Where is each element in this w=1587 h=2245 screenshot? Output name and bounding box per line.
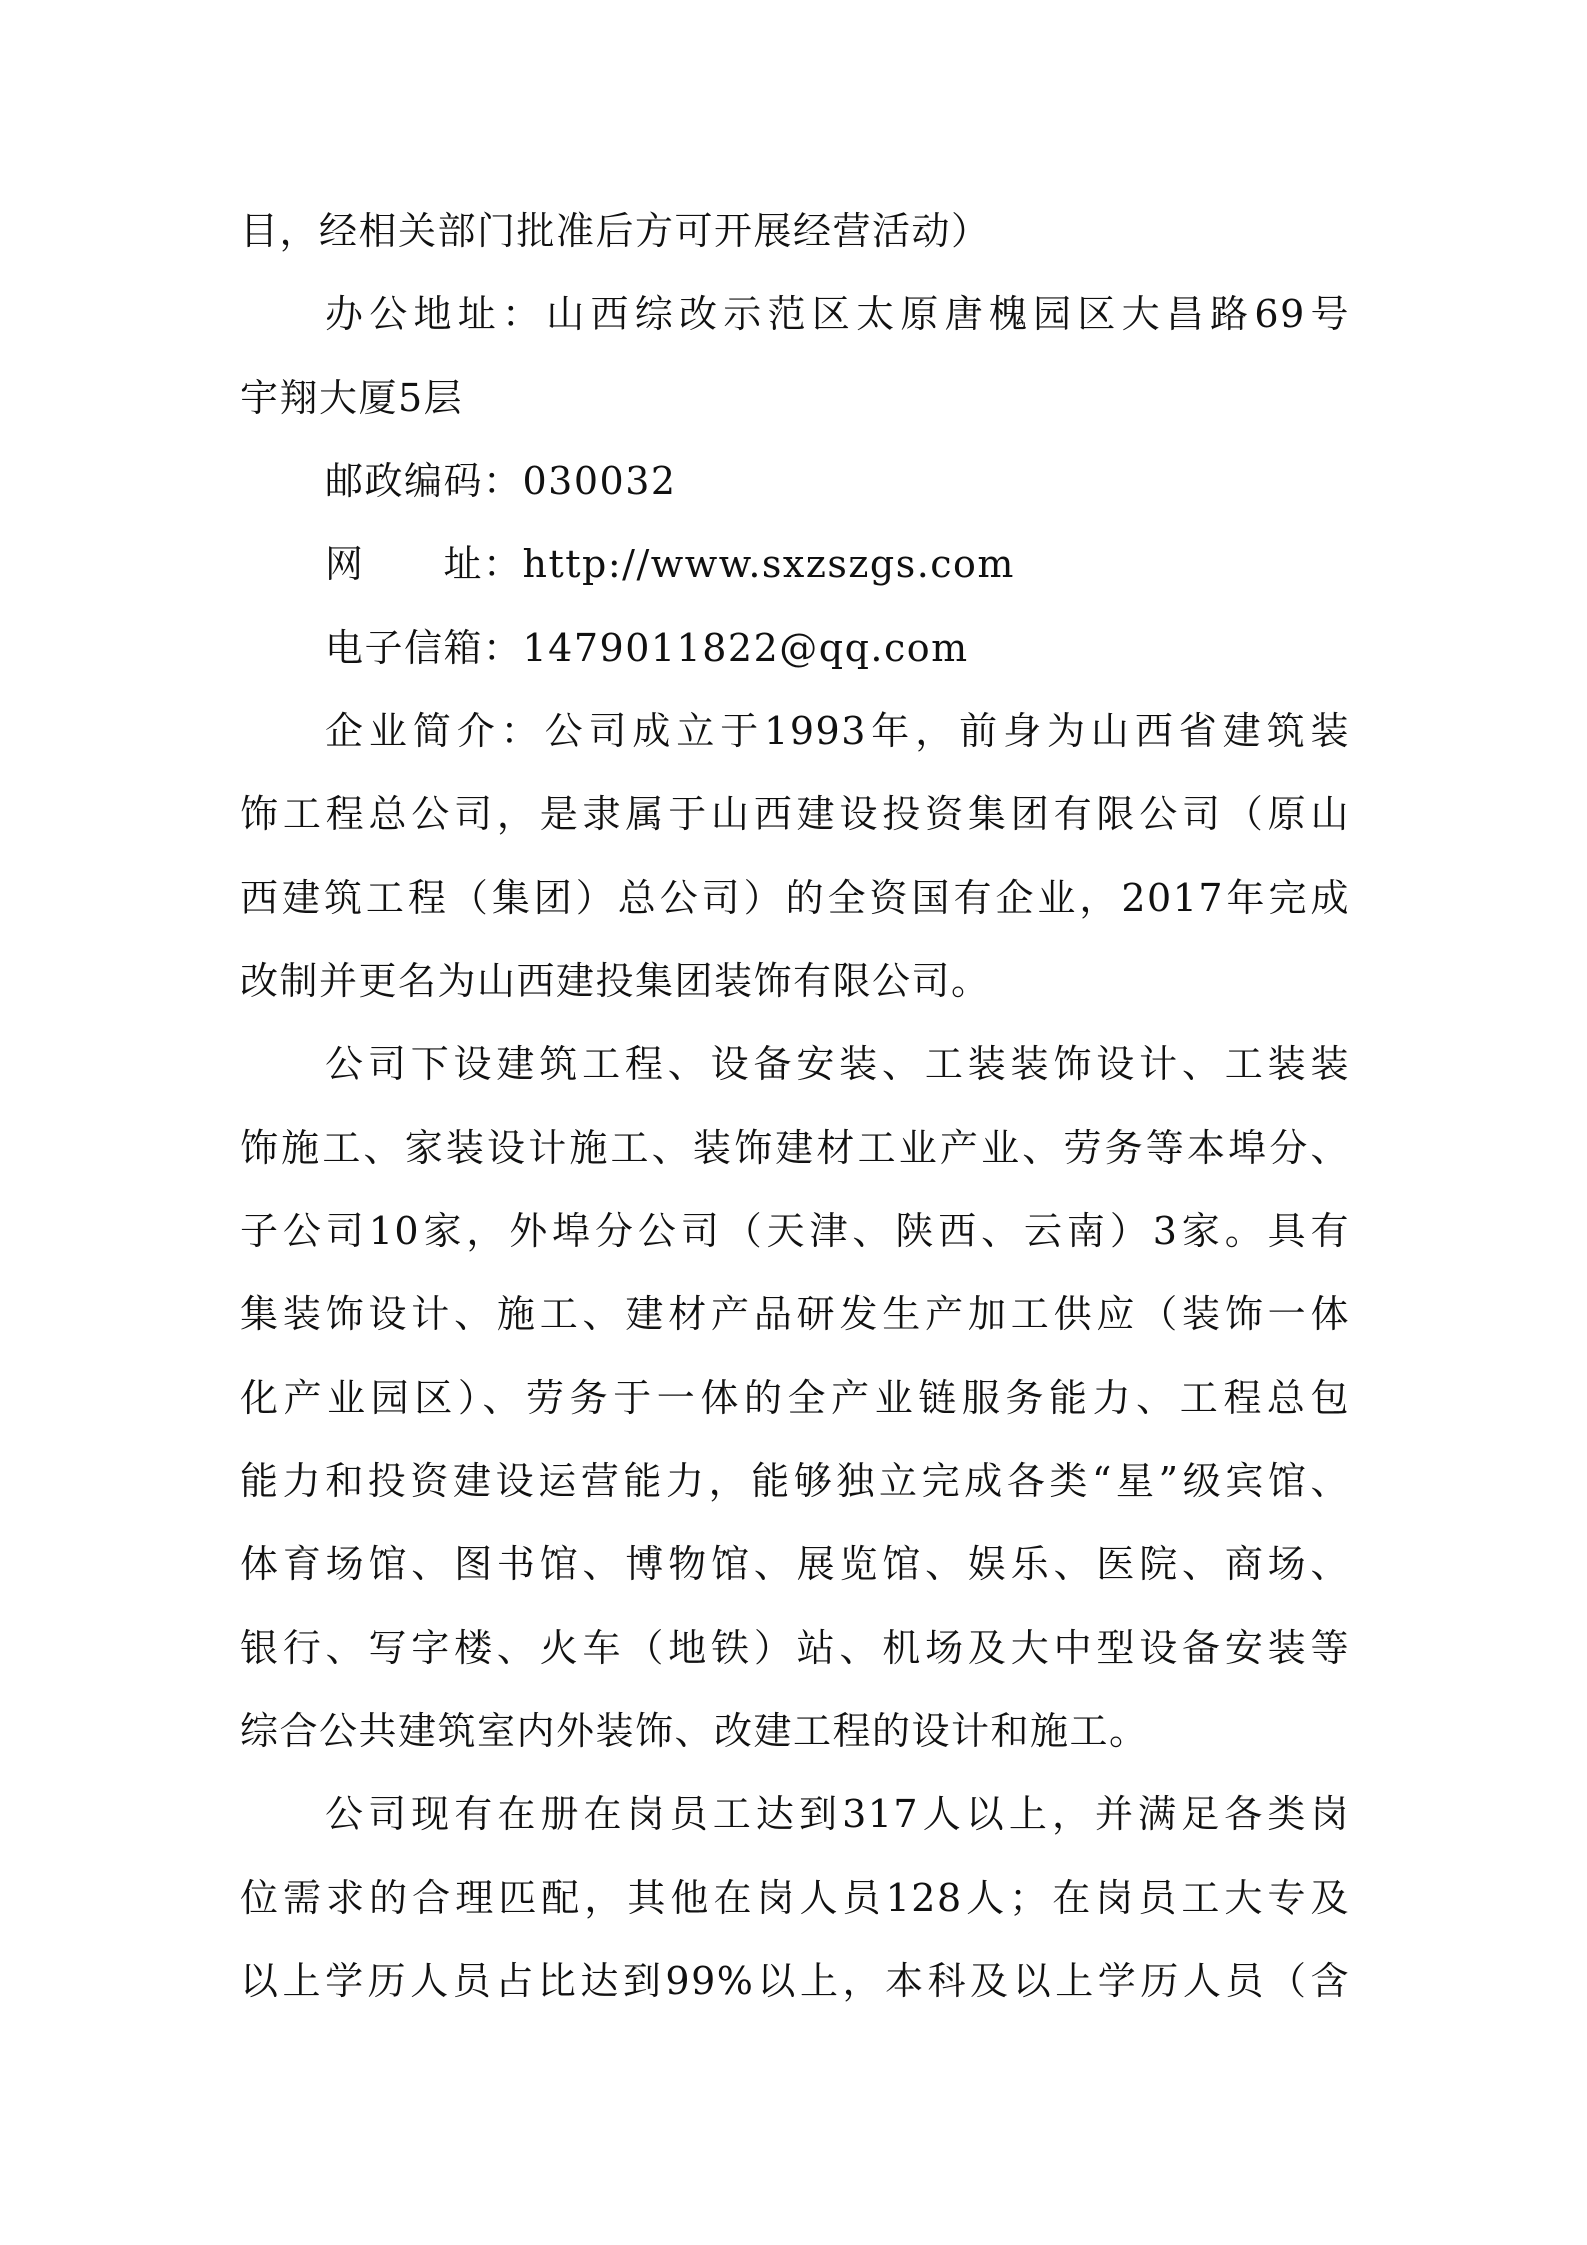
- text-line: 目，经相关部门批准后方可开展经营活动）: [240, 207, 1350, 255]
- text-line: 子公司10家，外埠分公司（天津、陕西、云南）3家。具有: [240, 1207, 1350, 1255]
- text-line: 位需求的合理匹配，其他在岗人员128人；在岗员工大专及: [240, 1874, 1350, 1922]
- text-line: 改制并更名为山西建投集团装饰有限公司。: [240, 957, 1350, 1005]
- text-line: 能力和投资建设运营能力，能够独立完成各类“星”级宾馆、: [240, 1457, 1350, 1505]
- text-line: 综合公共建筑室内外装饰、改建工程的设计和施工。: [240, 1707, 1350, 1755]
- text-line: 以上学历人员占比达到99%以上，本科及以上学历人员（含: [240, 1957, 1350, 2005]
- text-line: 电子信箱：1479011822@qq.com: [325, 624, 1350, 672]
- text-line: 集装饰设计、施工、建材产品研发生产加工供应（装饰一体: [240, 1290, 1350, 1338]
- text-line: 饰施工、家装设计施工、装饰建材工业产业、劳务等本埠分、: [240, 1124, 1350, 1172]
- text-line: 宇翔大厦5层: [240, 374, 1350, 422]
- text-line: 企业简介：公司成立于1993年，前身为山西省建筑装: [325, 707, 1350, 755]
- text-line: 网 址：http://www.sxzszgs.com: [325, 540, 1350, 588]
- text-line: 邮政编码：030032: [325, 457, 1350, 505]
- text-line: 西建筑工程（集团）总公司）的全资国有企业，2017年完成: [240, 874, 1350, 922]
- text-line: 公司现有在册在岗员工达到317人以上，并满足各类岗: [325, 1790, 1350, 1838]
- text-line: 饰工程总公司，是隶属于山西建设投资集团有限公司（原山: [240, 790, 1350, 838]
- document-page: 目，经相关部门批准后方可开展经营活动） 办公地址：山西综改示范区太原唐槐园区大昌…: [0, 0, 1587, 2245]
- text-line: 办公地址：山西综改示范区太原唐槐园区大昌路69号: [325, 290, 1350, 338]
- text-line: 体育场馆、图书馆、博物馆、展览馆、娱乐、医院、商场、: [240, 1540, 1350, 1588]
- text-line: 化产业园区）、劳务于一体的全产业链服务能力、工程总包: [240, 1374, 1350, 1422]
- text-line: 公司下设建筑工程、设备安装、工装装饰设计、工装装: [325, 1040, 1350, 1088]
- text-line: 银行、写字楼、火车（地铁）站、机场及大中型设备安装等: [240, 1624, 1350, 1672]
